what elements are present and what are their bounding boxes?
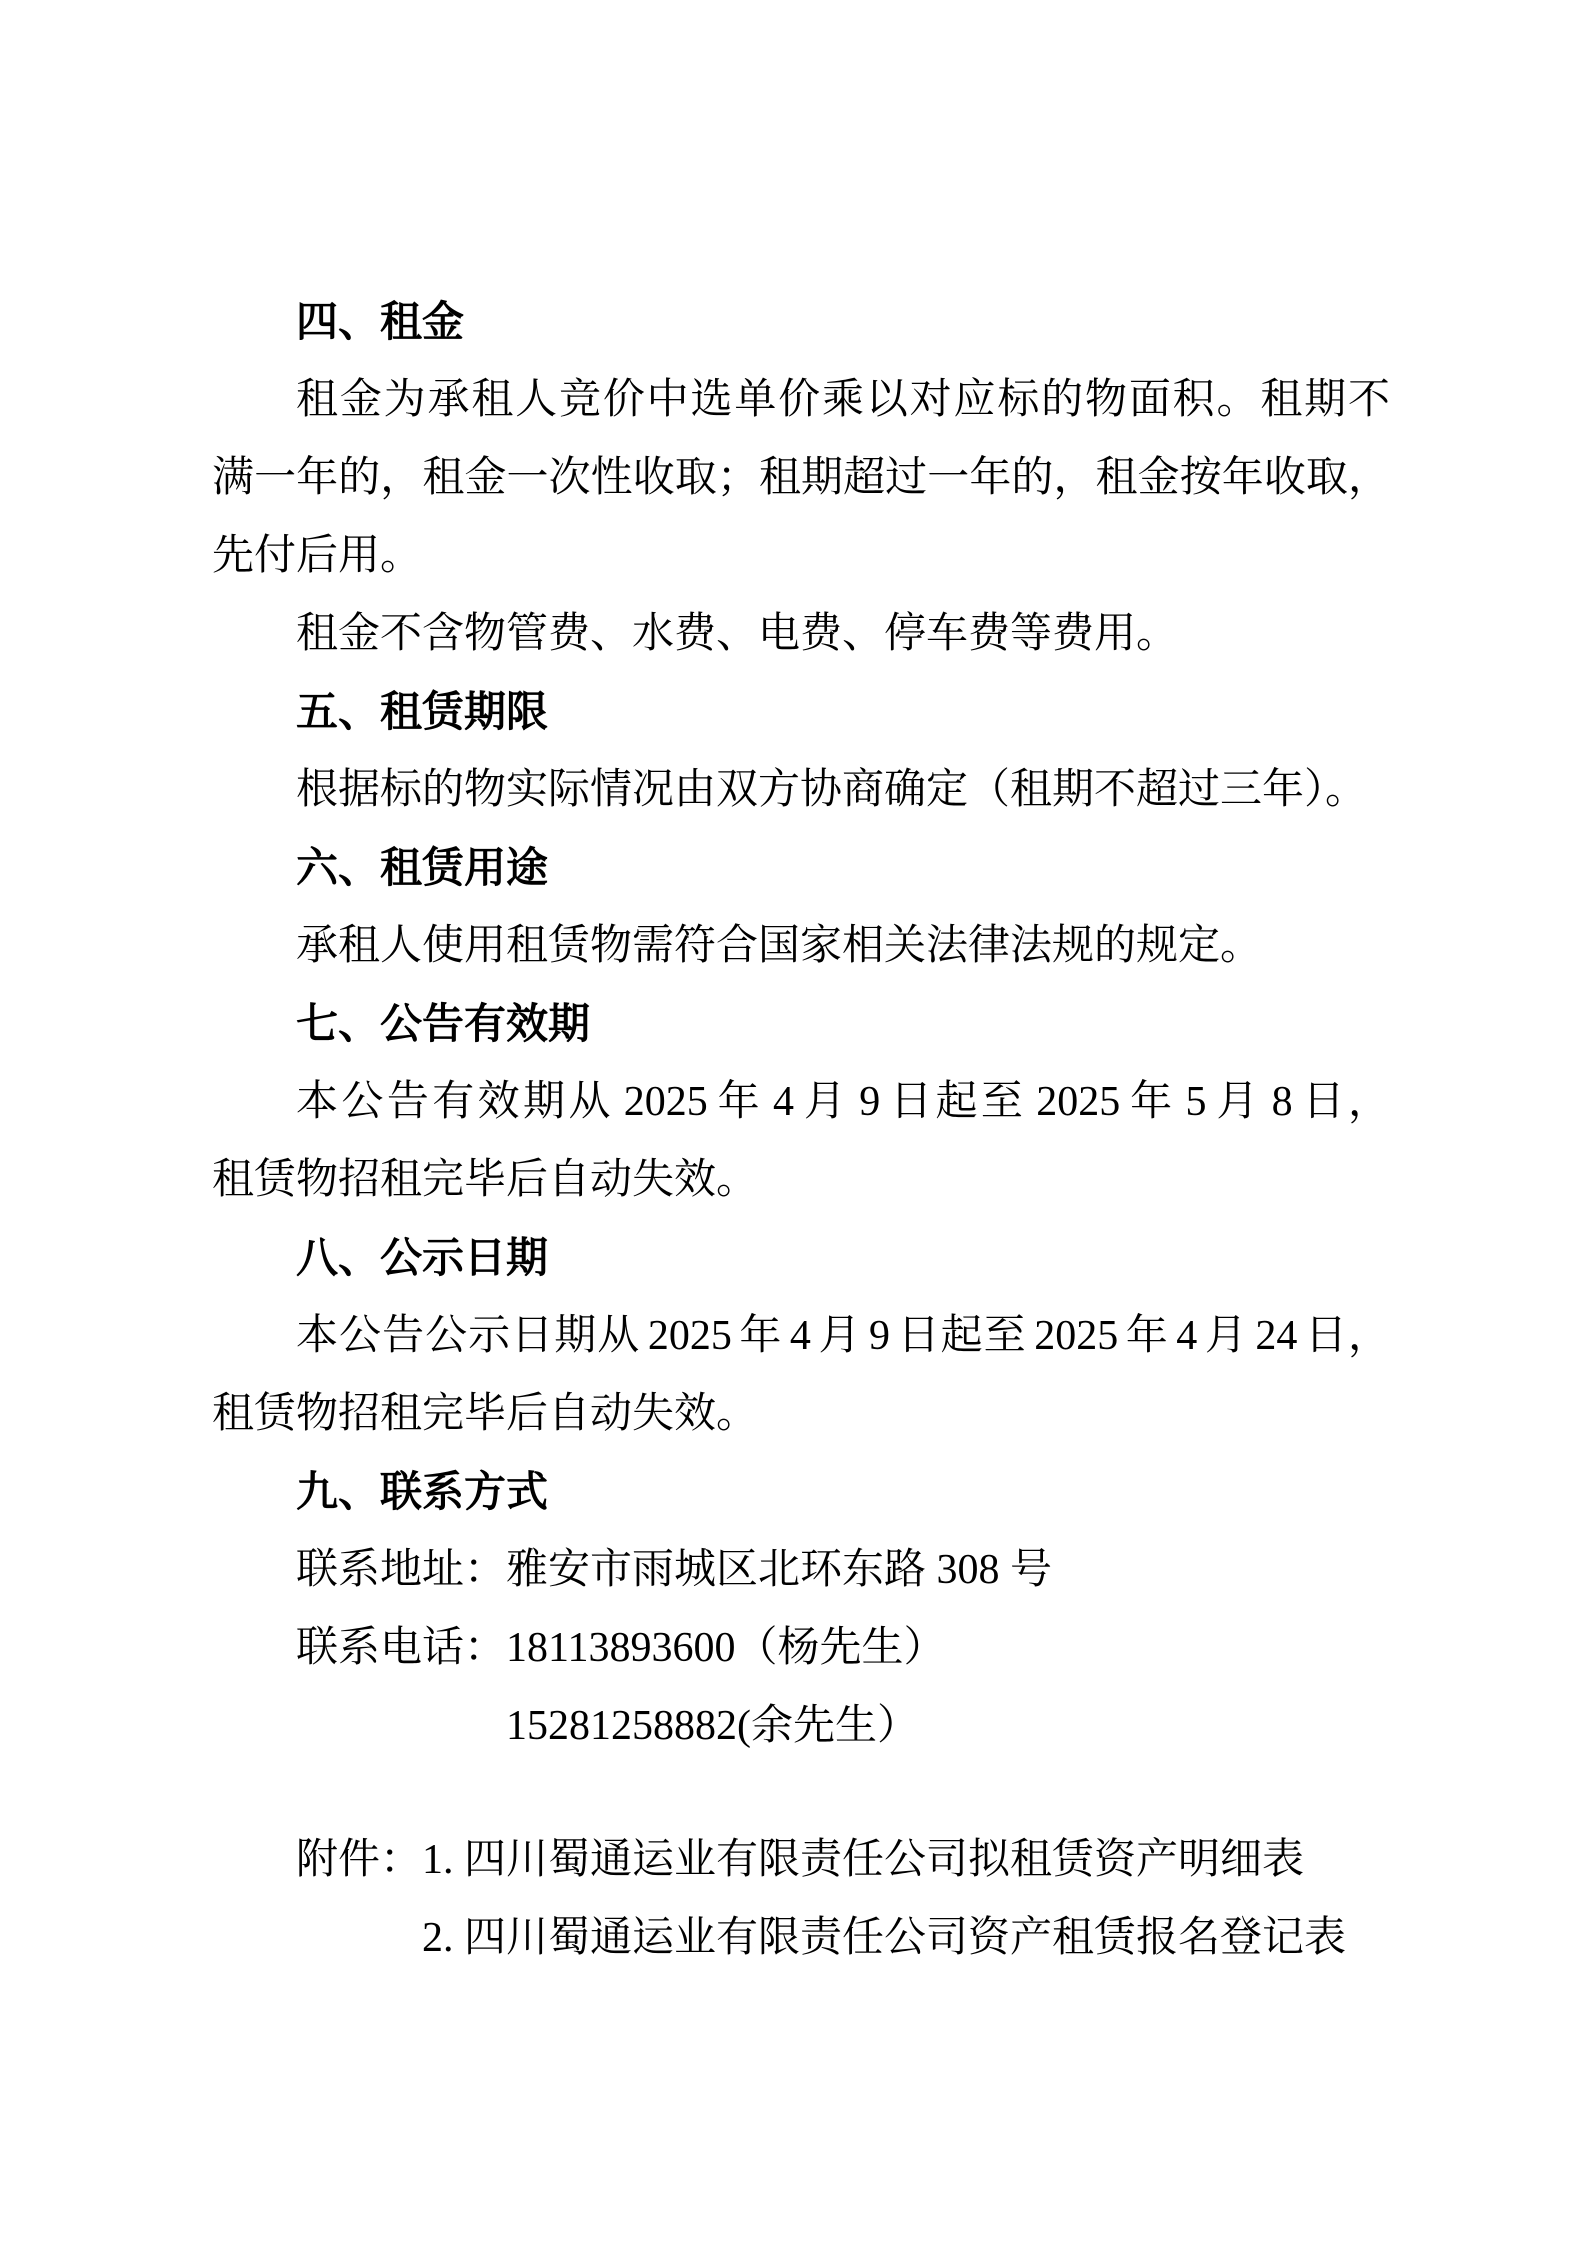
body-line-rent-fees: 租金不含物管费、水费、电费、停车费等费用。 xyxy=(212,595,1390,673)
contact-address-line: 联系地址：雅安市雨城区北环东路 308 号 xyxy=(212,1531,1390,1609)
attachment-line-2: 2. 四川蜀通运业有限责任公司资产租赁报名登记表 xyxy=(212,1899,1390,1977)
blank-line xyxy=(212,1765,1390,1821)
body-line-publicity-2: 租赁物招租完毕后自动失效。 xyxy=(212,1375,1390,1453)
section-heading-9-contact: 九、联系方式 xyxy=(212,1453,1390,1531)
section-heading-5-lease-term: 五、租赁期限 xyxy=(212,673,1390,751)
body-line-validity-2: 租赁物招租完毕后自动失效。 xyxy=(212,1141,1390,1219)
body-line-validity-1: 本公告有效期从 2025 年 4 月 9 日起至 2025 年 5 月 8 日， xyxy=(212,1063,1390,1141)
body-line-rent-2: 满一年的，租金一次性收取；租期超过一年的，租金按年收取， xyxy=(212,439,1390,517)
body-line-rent-1: 租金为承租人竞价中选单价乘以对应标的物面积。租期不 xyxy=(212,361,1390,439)
section-heading-4-rent: 四、租金 xyxy=(212,283,1390,361)
body-line-publicity-1: 本公告公示日期从 2025 年 4 月 9 日起至 2025 年 4 月 24 … xyxy=(212,1297,1390,1375)
section-heading-8-publicity-date: 八、公示日期 xyxy=(212,1219,1390,1297)
contact-phone-line-1: 联系电话：18113893600（杨先生） xyxy=(212,1609,1390,1687)
section-heading-6-lease-use: 六、租赁用途 xyxy=(212,829,1390,907)
section-heading-7-validity: 七、公告有效期 xyxy=(212,985,1390,1063)
body-line-rent-3: 先付后用。 xyxy=(212,517,1390,595)
document-page: 四、租金 租金为承租人竞价中选单价乘以对应标的物面积。租期不 满一年的，租金一次… xyxy=(0,0,1587,2245)
contact-phone-line-2: 15281258882(余先生） xyxy=(212,1687,1390,1765)
body-line-lease-use: 承租人使用租赁物需符合国家相关法律法规的规定。 xyxy=(212,907,1390,985)
attachment-line-1: 附件：1. 四川蜀通运业有限责任公司拟租赁资产明细表 xyxy=(212,1821,1390,1899)
body-line-lease-term: 根据标的物实际情况由双方协商确定（租期不超过三年）。 xyxy=(212,751,1390,829)
